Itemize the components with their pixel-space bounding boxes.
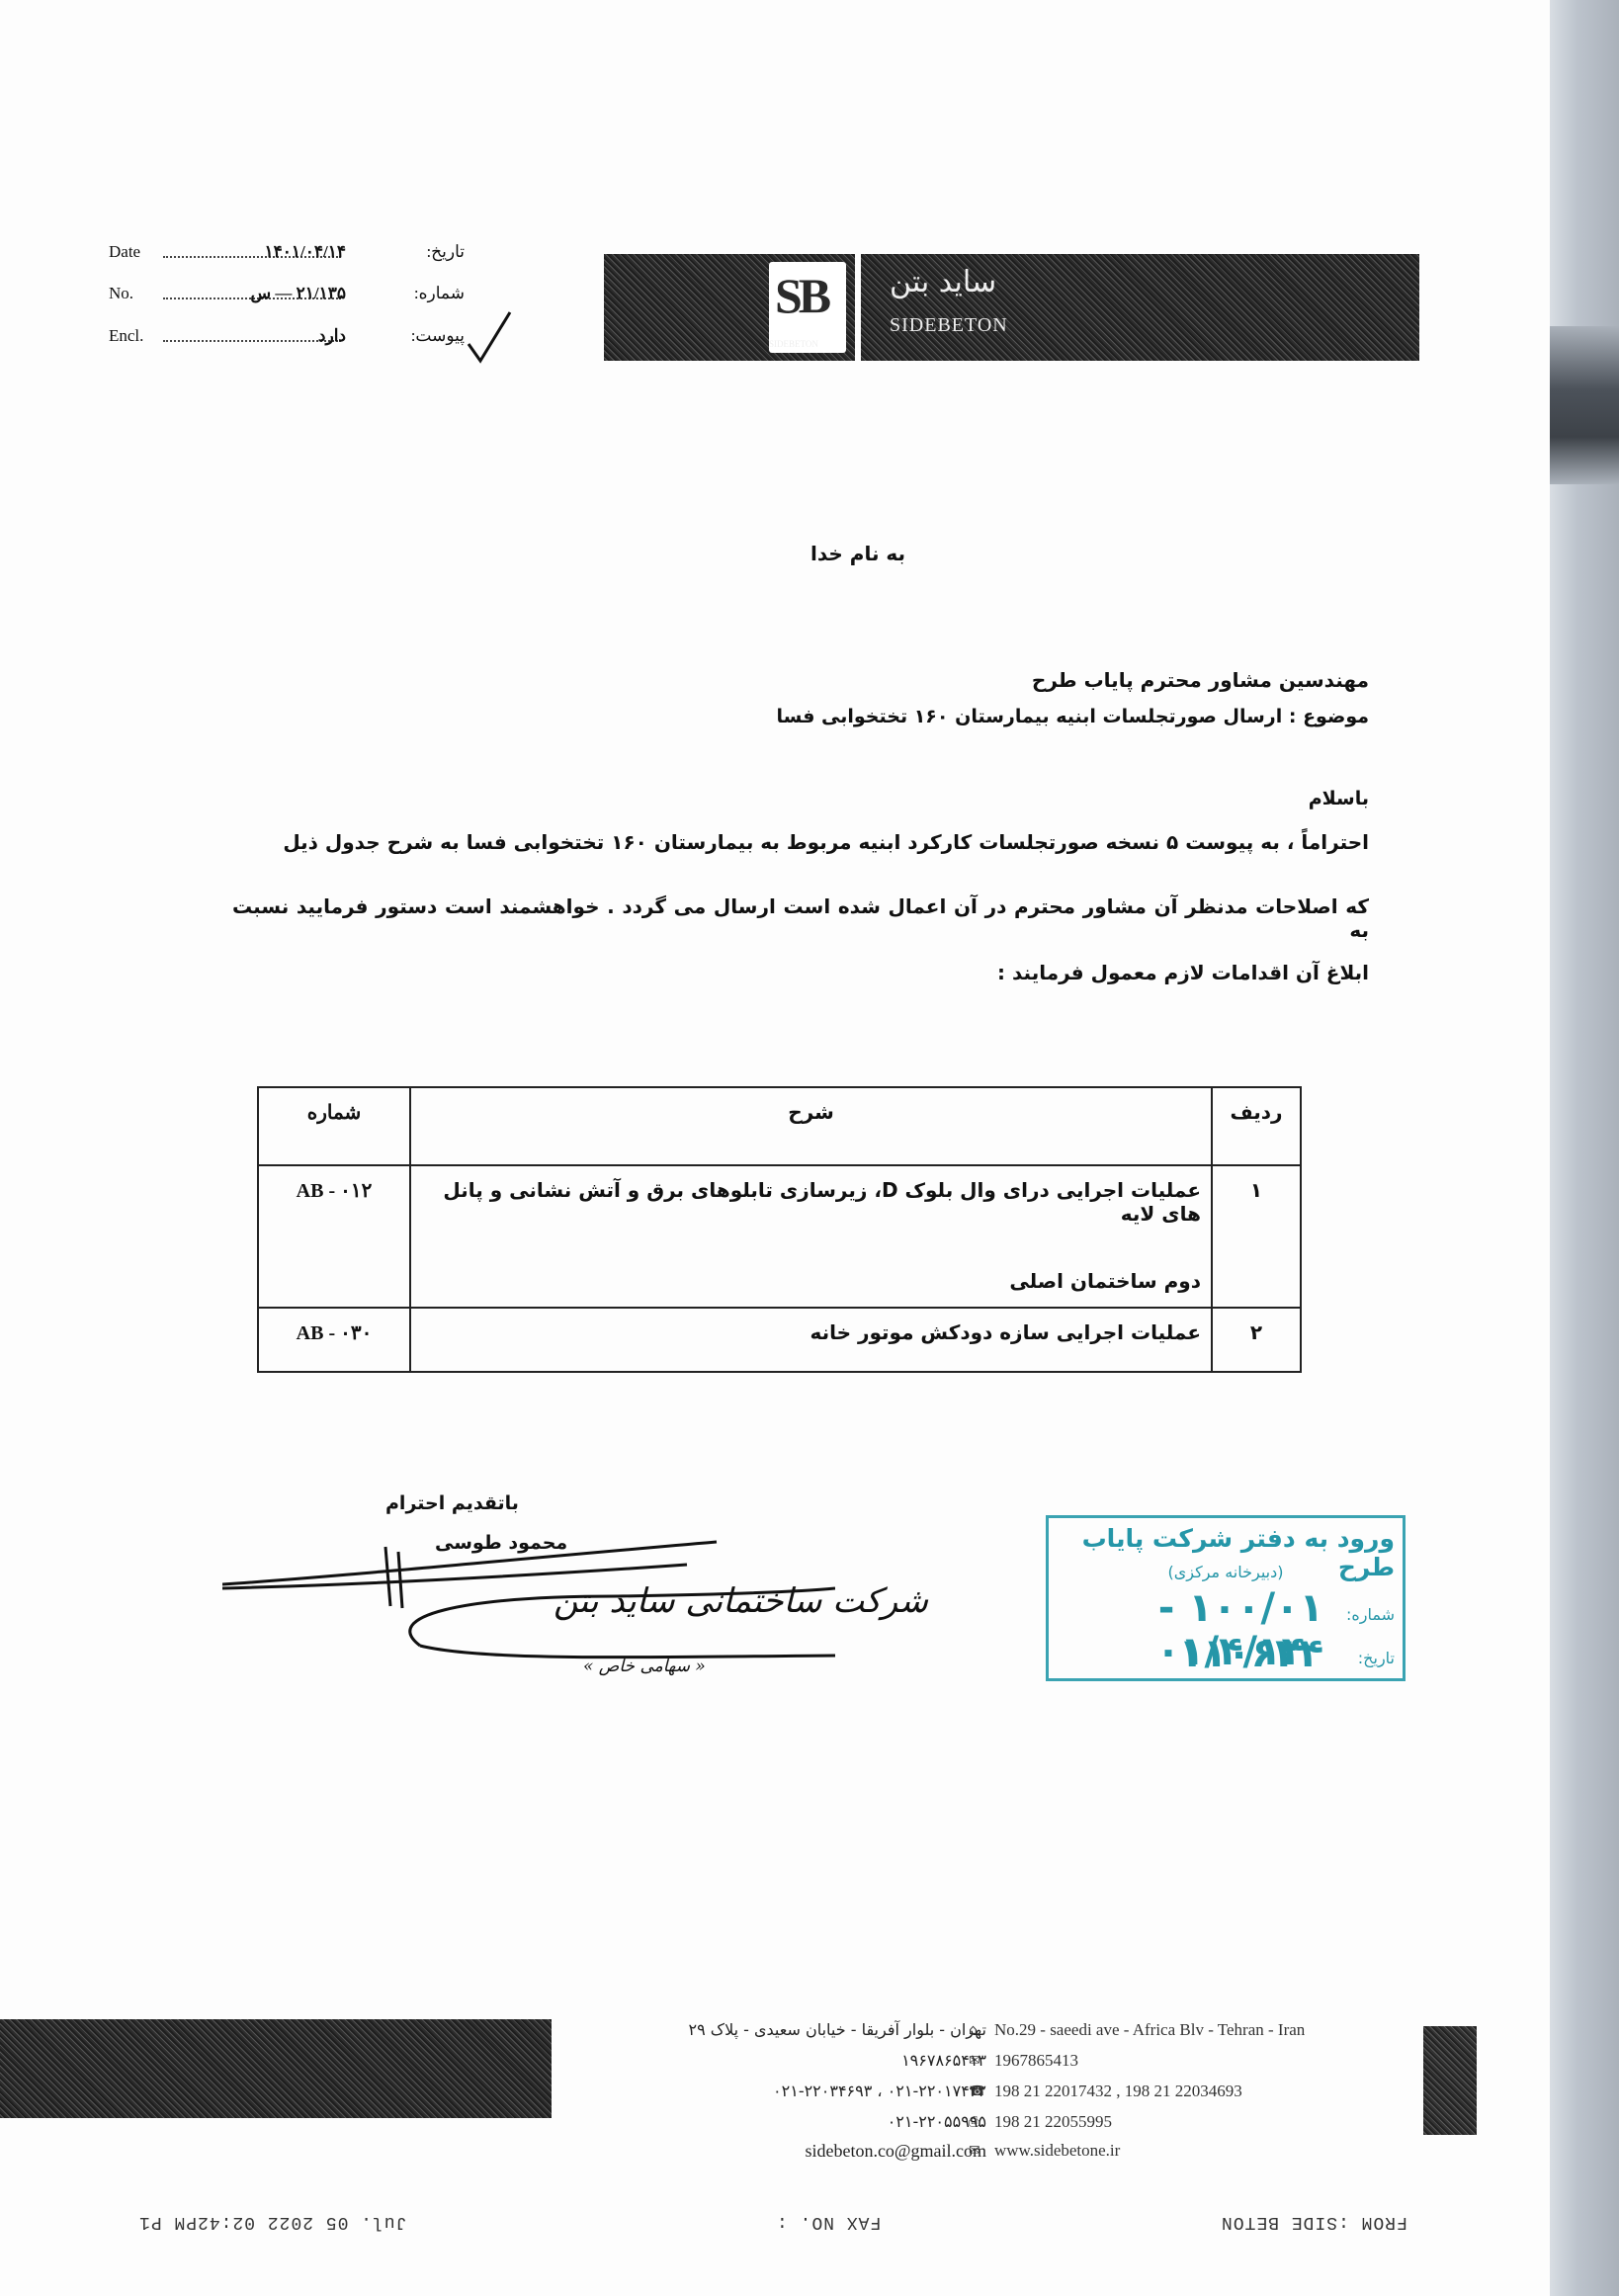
closing-regards: باتقدیم احترام: [385, 1492, 519, 1514]
ref-number-value: ۲۱/۱۳۵ — س: [250, 284, 346, 303]
ref-enclosure-label-fa: پیوست:: [411, 326, 465, 346]
row-code: AB - ۰۳۰: [258, 1308, 410, 1372]
ref-date-label-fa: تاریخ:: [426, 242, 465, 262]
ref-date-label-en: Date: [109, 242, 140, 262]
banner-background: [604, 254, 1419, 361]
ref-number-label-fa: شماره:: [414, 284, 465, 303]
footer-address-en: No.29 - saeedi ave - Africa Blv - Tehran…: [994, 2020, 1305, 2040]
ref-enclosure-label-en: Encl.: [109, 326, 143, 346]
body-paragraph-line: که اصلاحات مدنظر آن مشاور محترم در آن اع…: [232, 894, 1369, 942]
fax-number: FAX NO. :: [776, 2212, 881, 2232]
footer-bar-right: [1423, 2026, 1477, 2135]
received-stamp: ورود به دفتر شرکت پایاب طرح (دبیرخانه مر…: [1046, 1515, 1406, 1681]
description-line: دوم ساختمان اصلی: [421, 1269, 1201, 1293]
row-code: AB - ۰۱۲: [258, 1165, 410, 1308]
description-line: عملیات اجرایی سازه دودکش موتور خانه: [421, 1320, 1201, 1344]
banner-divider: [855, 254, 861, 361]
subject-line: موضوع : ارسال صورتجلسات ابنیه بیمارستان …: [777, 706, 1370, 727]
ref-date-value: ۱۴۰۱/۰۴/۱۴: [265, 242, 347, 262]
brand-name-en: SIDEBETON: [890, 314, 1008, 337]
footer-fax-en: 198 21 22055995: [994, 2112, 1112, 2132]
stamp-date-label: تاریخ:: [1358, 1649, 1395, 1667]
stamp-date-value: ۰۱/۴/۱۴: [1156, 1629, 1306, 1674]
body-paragraph-line: احتراماً ، به پیوست ۵ نسخه صورتجلسات کار…: [232, 830, 1369, 854]
company-seal-name: شرکت ساختمانی ساید بتن: [554, 1581, 928, 1621]
phone-icon: ☎: [969, 2083, 985, 2099]
logo-mark: SB: [775, 267, 827, 324]
ref-date-row: Date ۱۴۰۱/۰۴/۱۴ تاریخ:: [109, 242, 465, 274]
ref-enclosure-row: Encl. دارد پیوست:: [109, 326, 465, 358]
footer-postal-en: 1967865413: [994, 2051, 1078, 2071]
stamp-subtitle: (دبیرخانه مرکزی): [1049, 1563, 1403, 1581]
header-description: شرح: [410, 1087, 1212, 1165]
body-paragraph-line: ابلاغ آن اقدامات لازم معمول فرمایند :: [232, 961, 1369, 984]
footer-email: sidebeton.co@gmail.com: [805, 2141, 986, 2162]
addressee: مهندسین مشاور محترم پایاب طرح: [1032, 668, 1369, 692]
footer-website: www.sidebetone.ir: [994, 2141, 1120, 2161]
fax-from: FROM :SIDE BETON: [1221, 2212, 1407, 2232]
scanner-edge-dark-band: [1550, 326, 1619, 484]
fax-icon: ⎙: [969, 2114, 980, 2130]
table-header-row: ردیف شرح شماره: [258, 1087, 1301, 1165]
dotted-line: [163, 340, 341, 342]
salutation: باسلام: [1309, 788, 1369, 809]
brand-name-fa: ساید بتن: [890, 265, 996, 299]
ref-enclosure-value: دارد: [318, 326, 346, 346]
row-description: عملیات اجرایی درای وال بلوک D، زیرسازی ت…: [410, 1165, 1212, 1308]
footer-phone-en: 198 21 22017432 , 198 21 22034693: [994, 2082, 1242, 2101]
ref-number-label-en: No.: [109, 284, 133, 303]
row-index: ۱: [1212, 1165, 1301, 1308]
checkmark-icon: [465, 306, 514, 366]
bismillah-heading: به نام خدا: [810, 542, 905, 565]
company-seal-type: « سهامی خاص »: [583, 1657, 706, 1676]
footer-phone-fa: ۰۲۱-۲۲۰۱۷۴۳۲ ، ۰۲۱-۲۲۰۳۴۶۹۳: [773, 2082, 986, 2100]
items-table: ردیف شرح شماره ۱ عملیات اجرایی درای وال …: [257, 1086, 1302, 1373]
row-description: عملیات اجرایی سازه دودکش موتور خانه: [410, 1308, 1212, 1372]
row-index: ۲: [1212, 1308, 1301, 1372]
fax-datetime: Jul. 05 2022 02:42PM P1: [138, 2212, 406, 2232]
header-code: شماره: [258, 1087, 410, 1165]
header-index: ردیف: [1212, 1087, 1301, 1165]
description-line: عملیات اجرایی درای وال بلوک D، زیرسازی ت…: [421, 1178, 1201, 1226]
postal-code-icon: ✉: [969, 2053, 980, 2069]
email-icon: ✉: [969, 2143, 980, 2159]
table-row: ۱ عملیات اجرایی درای وال بلوک D، زیرسازی…: [258, 1165, 1301, 1308]
footer-bar-left: [0, 2019, 552, 2118]
table-row: ۲ عملیات اجرایی سازه دودکش موتور خانه AB…: [258, 1308, 1301, 1372]
footer-address-fa: تهران - بلوار آفریقا - خیابان سعیدی - پل…: [688, 2020, 986, 2039]
ref-number-row: No. ۲۱/۱۳۵ — س شماره:: [109, 284, 465, 315]
logo-caption: SIDEBETON: [769, 339, 818, 349]
home-icon: ⌂: [969, 2022, 978, 2038]
stamp-number-label: شماره:: [1346, 1605, 1395, 1624]
